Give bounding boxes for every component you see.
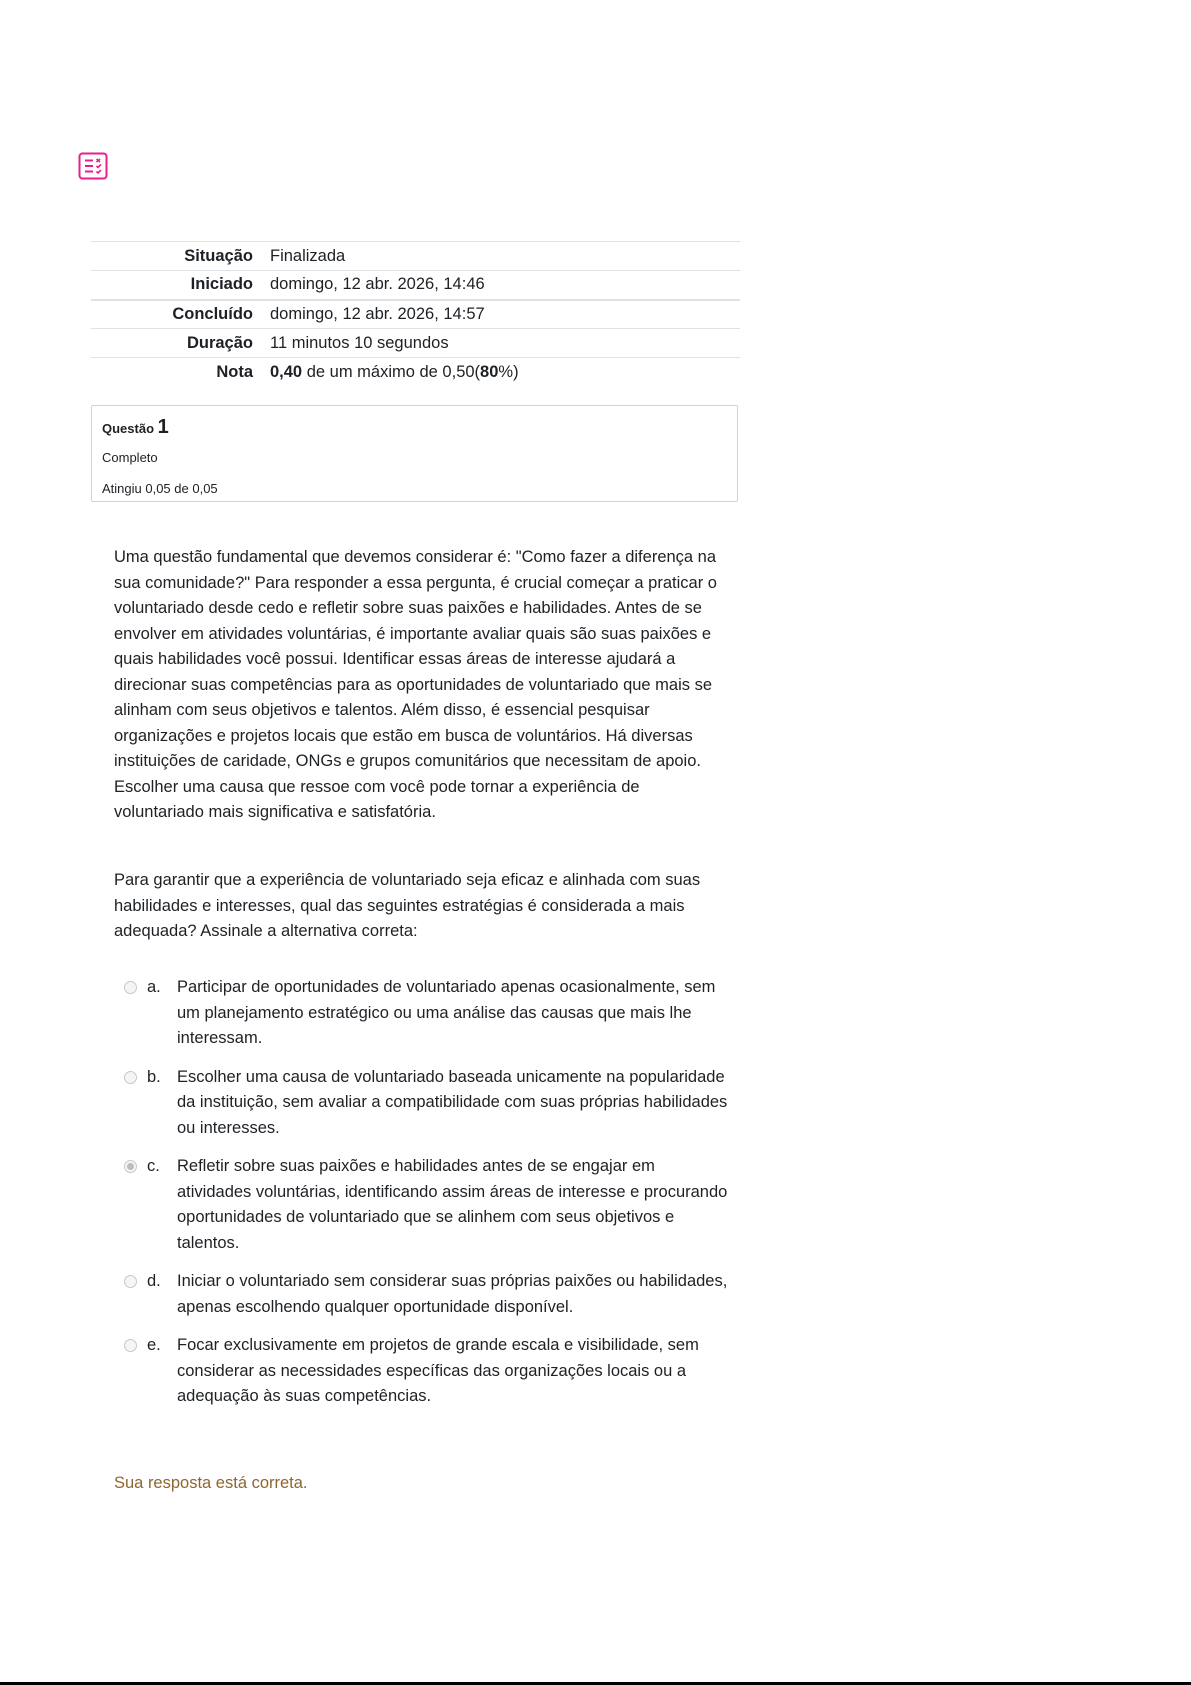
option-letter: a. [147, 975, 177, 1001]
attempt-summary-table: Situação Finalizada Iniciado domingo, 12… [91, 241, 740, 387]
answer-option-c[interactable]: c. Refletir sobre suas paixões e habilid… [124, 1154, 730, 1256]
answer-option-a[interactable]: a. Participar de oportunidades de volunt… [124, 975, 730, 1052]
question-mark: Atingiu 0,05 de 0,05 [102, 481, 727, 496]
summary-label: Iniciado [91, 271, 270, 300]
summary-row-duracao: Duração 11 minutos 10 segundos [91, 329, 740, 358]
option-text: Refletir sobre suas paixões e habilidade… [177, 1154, 730, 1256]
question-label: Questão [102, 421, 154, 436]
summary-row-iniciado: Iniciado domingo, 12 abr. 2026, 14:46 [91, 271, 740, 300]
summary-value: domingo, 12 abr. 2026, 14:46 [270, 271, 740, 300]
summary-row-nota: Nota 0,40 de um máximo de 0,50(80%) [91, 358, 740, 387]
question-num: 1 [158, 416, 169, 438]
summary-label: Situação [91, 242, 270, 271]
summary-value: 11 minutos 10 segundos [270, 329, 740, 358]
question-prompt: Para garantir que a experiência de volun… [114, 868, 724, 945]
option-text: Participar de oportunidades de voluntari… [177, 975, 730, 1052]
summary-value: Finalizada [270, 242, 740, 271]
option-letter: e. [147, 1333, 177, 1359]
option-letter: b. [147, 1065, 177, 1091]
quiz-checklist-icon [78, 152, 108, 180]
radio-button[interactable] [124, 1071, 137, 1084]
summary-label: Nota [91, 358, 270, 387]
summary-label: Concluído [91, 300, 270, 329]
answer-option-e[interactable]: e. Focar exclusivamente em projetos de g… [124, 1333, 730, 1410]
question-number: Questão 1 [102, 416, 727, 439]
grade-middle: de um máximo de 0,50( [302, 363, 480, 381]
summary-label: Duração [91, 329, 270, 358]
radio-button[interactable] [124, 1339, 137, 1352]
question-passage: Uma questão fundamental que devemos cons… [114, 545, 724, 826]
radio-button[interactable] [124, 1275, 137, 1288]
grade-suffix: %) [498, 363, 518, 381]
radio-button[interactable] [124, 1160, 137, 1173]
question-state: Completo [102, 450, 727, 465]
summary-row-concluido: Concluído domingo, 12 abr. 2026, 14:57 [91, 300, 740, 329]
summary-row-situacao: Situação Finalizada [91, 242, 740, 271]
answer-feedback: Sua resposta está correta. [114, 1474, 308, 1493]
option-text: Iniciar o voluntariado sem considerar su… [177, 1269, 730, 1320]
answer-option-d[interactable]: d. Iniciar o voluntariado sem considerar… [124, 1269, 730, 1320]
answer-options: a. Participar de oportunidades de volunt… [124, 975, 730, 1423]
question-info-box: Questão 1 Completo Atingiu 0,05 de 0,05 [91, 405, 738, 502]
grade-score: 0,40 [270, 363, 302, 381]
option-letter: c. [147, 1154, 177, 1180]
grade-value: 0,40 de um máximo de 0,50(80%) [270, 358, 740, 387]
radio-button[interactable] [124, 981, 137, 994]
option-text: Focar exclusivamente em projetos de gran… [177, 1333, 730, 1410]
summary-value: domingo, 12 abr. 2026, 14:57 [270, 300, 740, 329]
answer-option-b[interactable]: b. Escolher uma causa de voluntariado ba… [124, 1065, 730, 1142]
option-text: Escolher uma causa de voluntariado basea… [177, 1065, 730, 1142]
option-letter: d. [147, 1269, 177, 1295]
grade-percent: 80 [480, 363, 498, 381]
